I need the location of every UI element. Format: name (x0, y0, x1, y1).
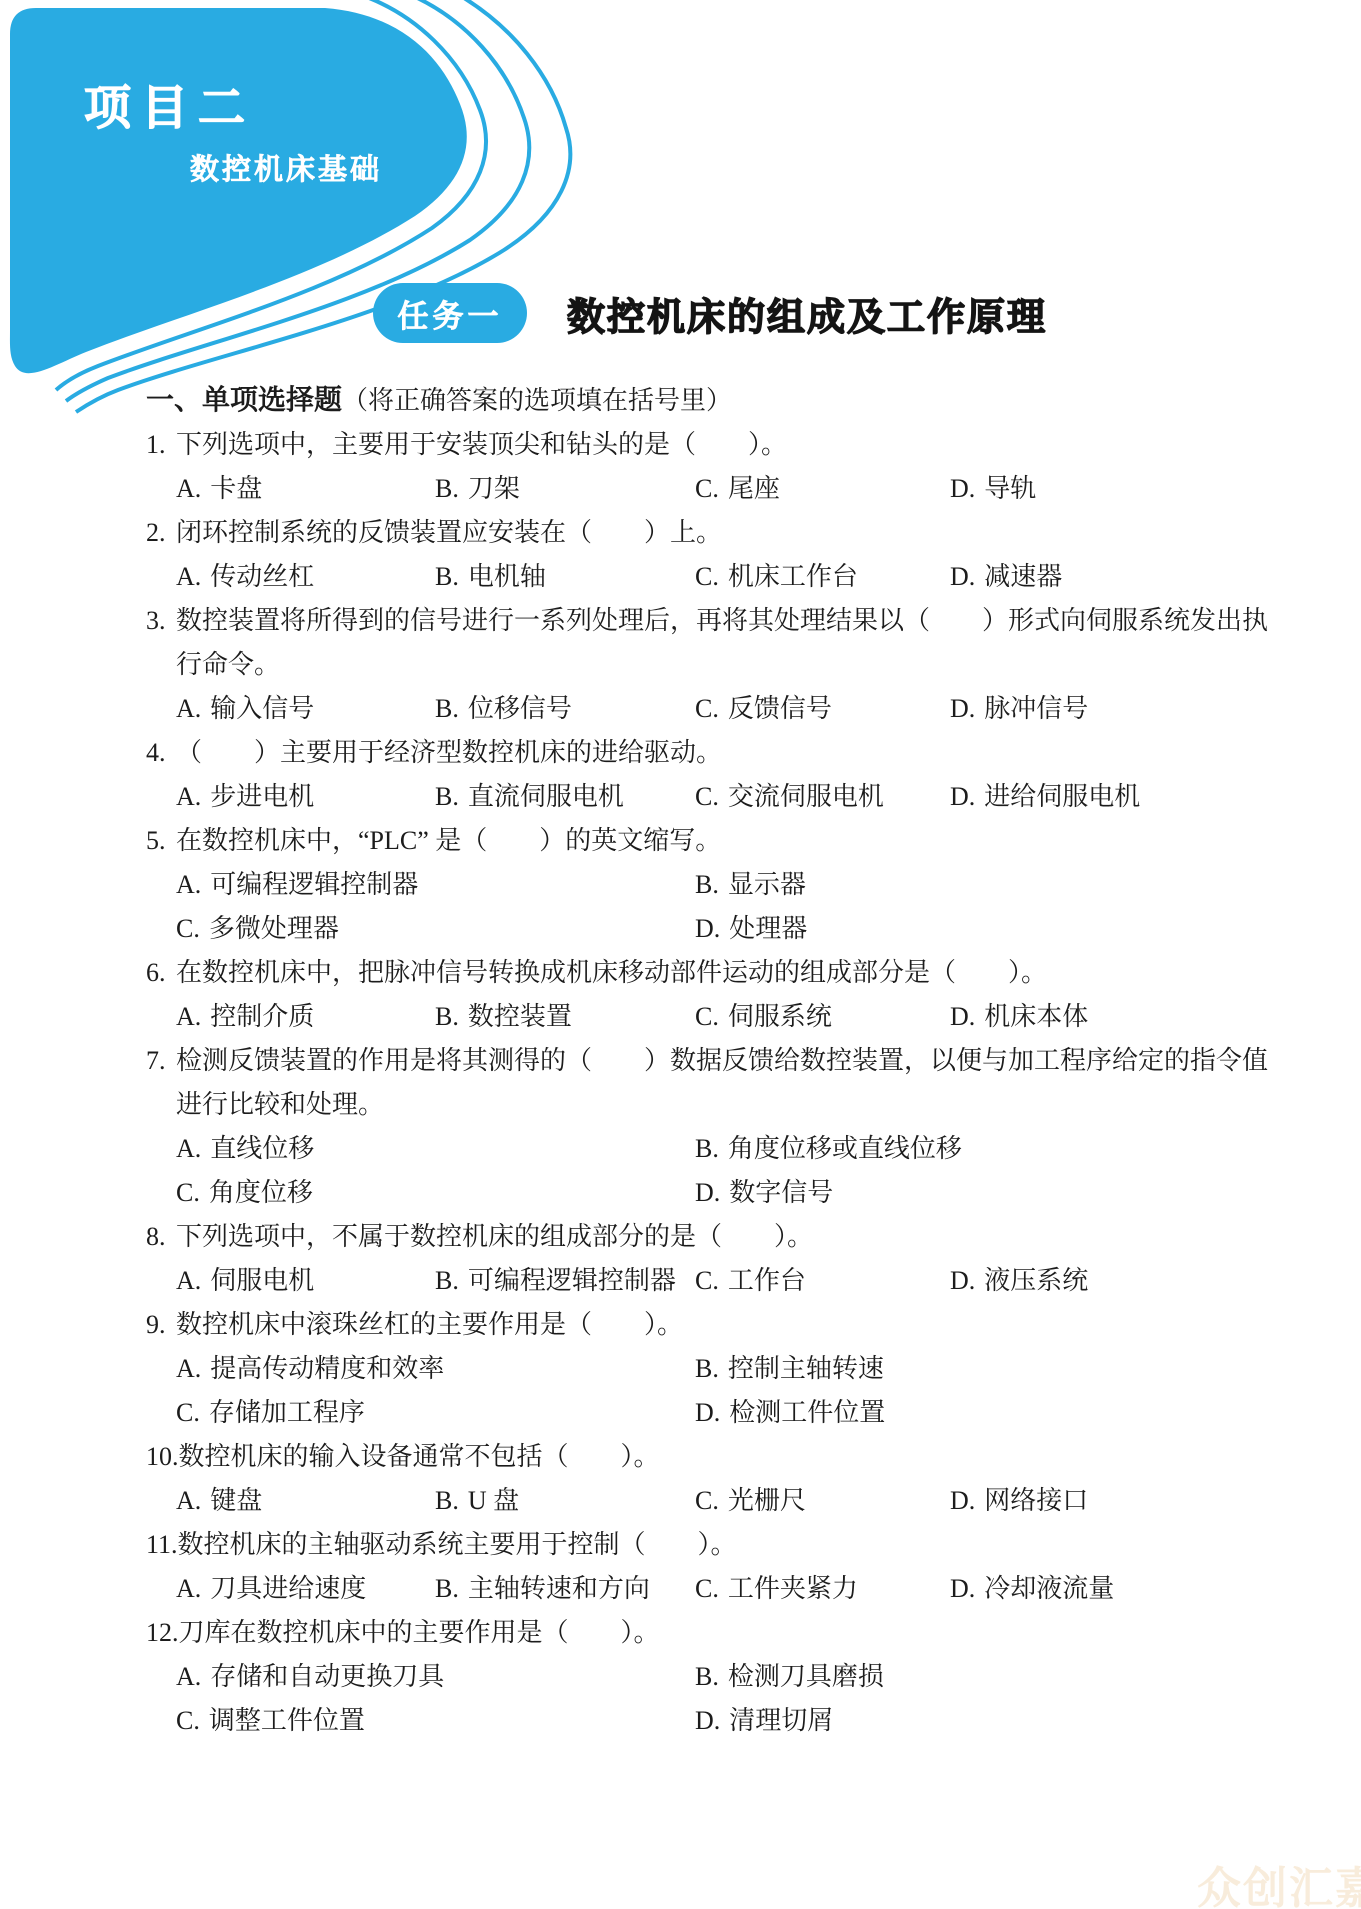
option-text: 传动丝杠 (210, 562, 314, 591)
question-row: 2.闭环控制系统的反馈装置应安装在（ ）上。 (146, 511, 1278, 555)
question-row: 1.下列选项中，主要用于安装顶尖和钻头的是（ ）。 (146, 423, 1278, 467)
option-letter: A. (176, 1266, 201, 1295)
option-text: 键盘 (210, 1486, 262, 1515)
option-letter: C. (695, 474, 719, 503)
option-text: 角度位移或直线位移 (728, 1134, 962, 1163)
option-text: 伺服电机 (210, 1266, 314, 1295)
option-text: 进给伺服电机 (984, 782, 1140, 811)
option-letter: D. (695, 1398, 720, 1427)
section-heading-note: （将正确答案的选项填在括号里） (342, 386, 732, 415)
question-number: 7. (146, 1039, 176, 1083)
question-text: 数控机床的主轴驱动系统主要用于控制（ ）。 (178, 1523, 737, 1567)
option-text: 提高传动精度和效率 (210, 1354, 444, 1383)
option-letter: C. (695, 694, 719, 723)
option-text: 多微处理器 (209, 914, 339, 943)
option-letter: A. (176, 870, 201, 899)
option-text: 伺服系统 (728, 1002, 832, 1031)
option-text: 液压系统 (984, 1266, 1088, 1295)
options-row: A.提高传动精度和效率B.控制主轴转速 (146, 1347, 1278, 1391)
options-row: A.直线位移B.角度位移或直线位移 (146, 1127, 1278, 1171)
options-row: A.输入信号B.位移信号C.反馈信号D.脉冲信号 (146, 687, 1278, 731)
option: B.刀架 (435, 467, 695, 511)
option: A.刀具进给速度 (176, 1567, 435, 1611)
option-letter: D. (695, 1706, 720, 1735)
option-text: 刀具进给速度 (210, 1574, 366, 1603)
option: A.伺服电机 (176, 1259, 435, 1303)
option-letter: A. (176, 1662, 201, 1691)
option-letter: C. (176, 1398, 200, 1427)
option-text: 反馈信号 (728, 694, 832, 723)
question-number: 3. (146, 599, 176, 643)
option: B.主轴转速和方向 (435, 1567, 695, 1611)
option-text: 输入信号 (210, 694, 314, 723)
option-text: 存储和自动更换刀具 (210, 1662, 444, 1691)
option: A.卡盘 (176, 467, 435, 511)
option-letter: D. (950, 1266, 975, 1295)
question-text: 下列选项中，不属于数控机床的组成部分的是（ ）。 (176, 1215, 813, 1259)
question-number: 2. (146, 511, 176, 555)
option-text: 检测刀具磨损 (728, 1662, 884, 1691)
question-text: 数控机床的输入设备通常不包括（ ）。 (179, 1435, 660, 1479)
option-letter: D. (950, 562, 975, 591)
option-text: 直流伺服电机 (468, 782, 624, 811)
question-text: 检测反馈装置的作用是将其测得的（ ）数据反馈给数控装置，以便与加工程序给定的指令… (176, 1039, 1271, 1127)
option-text: 脉冲信号 (984, 694, 1088, 723)
option: D.减速器 (950, 555, 1278, 599)
option-text: 数字信号 (729, 1178, 833, 1207)
option-letter: C. (695, 782, 719, 811)
option-text: 显示器 (728, 870, 806, 899)
watermark: 众创汇嘉 (1197, 1852, 1361, 1909)
option: B.位移信号 (435, 687, 695, 731)
question-row: 8.下列选项中，不属于数控机床的组成部分的是（ ）。 (146, 1215, 1278, 1259)
option: A.存储和自动更换刀具 (176, 1655, 695, 1699)
question-row: 5.在数控机床中，“PLC” 是（ ）的英文缩写。 (146, 819, 1278, 863)
option: D.脉冲信号 (950, 687, 1278, 731)
option-text: 网络接口 (984, 1486, 1088, 1515)
option: A.传动丝杠 (176, 555, 435, 599)
option: C.机床工作台 (695, 555, 950, 599)
option-letter: B. (435, 782, 459, 811)
option: C.存储加工程序 (176, 1391, 695, 1435)
option: D.处理器 (695, 907, 1278, 951)
question-text: 数控装置将所得到的信号进行一系列处理后，再将其处理结果以（ ）形式向伺服系统发出… (176, 599, 1271, 687)
option-text: 刀架 (468, 474, 520, 503)
question-text: 在数控机床中，“PLC” 是（ ）的英文缩写。 (176, 819, 721, 863)
question-text: 闭环控制系统的反馈装置应安装在（ ）上。 (176, 511, 722, 555)
option-letter: A. (176, 1134, 201, 1163)
project-label: 项目二 (84, 82, 255, 134)
question-number: 11. (146, 1523, 178, 1567)
option: A.直线位移 (176, 1127, 695, 1171)
option-letter: B. (695, 1662, 719, 1691)
option-text: 交流伺服电机 (728, 782, 884, 811)
option: C.多微处理器 (176, 907, 695, 951)
option-letter: A. (176, 694, 201, 723)
option: C.反馈信号 (695, 687, 950, 731)
question-row: 6.在数控机床中，把脉冲信号转换成机床移动部件运动的组成部分是（ ）。 (146, 951, 1278, 995)
option: D.清理切屑 (695, 1699, 1278, 1743)
option: B.U 盘 (435, 1479, 695, 1523)
option-letter: D. (950, 782, 975, 811)
question-text: 下列选项中，主要用于安装顶尖和钻头的是（ ）。 (176, 423, 787, 467)
option: D.导轨 (950, 467, 1278, 511)
question-number: 10. (146, 1435, 179, 1479)
question-row: 10.数控机床的输入设备通常不包括（ ）。 (146, 1435, 1278, 1479)
option-letter: A. (176, 1574, 201, 1603)
task-badge: 任务一 (373, 283, 527, 343)
option-text: 电机轴 (468, 562, 546, 591)
option-text: 减速器 (984, 562, 1062, 591)
option-letter: A. (176, 1002, 201, 1031)
option-text: 工件夹紧力 (728, 1574, 858, 1603)
option: A.控制介质 (176, 995, 435, 1039)
option-text: 可编程逻辑控制器 (210, 870, 418, 899)
questions: 1.下列选项中，主要用于安装顶尖和钻头的是（ ）。A.卡盘B.刀架C.尾座D.导… (146, 423, 1278, 1743)
question-number: 12. (146, 1611, 179, 1655)
option-text: 数控装置 (468, 1002, 572, 1031)
options-row: A.卡盘B.刀架C.尾座D.导轨 (146, 467, 1278, 511)
option: C.光栅尺 (695, 1479, 950, 1523)
option-letter: B. (435, 694, 459, 723)
task-heading: 任务一 数控机床的组成及工作原理 (373, 283, 1047, 343)
option: C.工作台 (695, 1259, 950, 1303)
options-row: C.存储加工程序D.检测工件位置 (146, 1391, 1278, 1435)
option-letter: C. (176, 1706, 200, 1735)
question-number: 6. (146, 951, 176, 995)
option-letter: A. (176, 782, 201, 811)
option: B.检测刀具磨损 (695, 1655, 1278, 1699)
option: C.交流伺服电机 (695, 775, 950, 819)
option-text: 主轴转速和方向 (468, 1574, 650, 1603)
option-letter: A. (176, 562, 201, 591)
option: A.提高传动精度和效率 (176, 1347, 695, 1391)
option-letter: D. (695, 1178, 720, 1207)
option-letter: C. (695, 1266, 719, 1295)
option-text: 角度位移 (209, 1178, 313, 1207)
option: B.电机轴 (435, 555, 695, 599)
option-letter: C. (176, 914, 200, 943)
option: D.数字信号 (695, 1171, 1278, 1215)
option-letter: B. (435, 1574, 459, 1603)
option-letter: B. (435, 1266, 459, 1295)
question-number: 5. (146, 819, 176, 863)
options-row: A.传动丝杠B.电机轴C.机床工作台D.减速器 (146, 555, 1278, 599)
option-letter: A. (176, 1354, 201, 1383)
option-text: 检测工件位置 (729, 1398, 885, 1427)
option: C.工件夹紧力 (695, 1567, 950, 1611)
page: { "colors": { "accent": "#29abe2", "body… (0, 0, 1361, 1909)
option-letter: A. (176, 1486, 201, 1515)
question-row: 7.检测反馈装置的作用是将其测得的（ ）数据反馈给数控装置，以便与加工程序给定的… (146, 1039, 1278, 1127)
project-subtitle: 数控机床基础 (190, 155, 382, 187)
option-letter: B. (695, 1134, 719, 1163)
options-row: A.步进电机B.直流伺服电机C.交流伺服电机D.进给伺服电机 (146, 775, 1278, 819)
question-text: （ ）主要用于经济型数控机床的进给驱动。 (176, 731, 722, 775)
option-letter: D. (950, 1002, 975, 1031)
option-letter: B. (435, 474, 459, 503)
option: D.进给伺服电机 (950, 775, 1278, 819)
option-text: 调整工件位置 (209, 1706, 365, 1735)
option-text: 光栅尺 (728, 1486, 806, 1515)
option-text: 步进电机 (210, 782, 314, 811)
question-row: 9.数控机床中滚珠丝杠的主要作用是（ ）。 (146, 1303, 1278, 1347)
option: D.检测工件位置 (695, 1391, 1278, 1435)
options-row: C.角度位移D.数字信号 (146, 1171, 1278, 1215)
options-row: C.调整工件位置D.清理切屑 (146, 1699, 1278, 1743)
option-text: 控制介质 (210, 1002, 314, 1031)
option-text: 冷却液流量 (984, 1574, 1114, 1603)
option-letter: B. (695, 1354, 719, 1383)
option: B.数控装置 (435, 995, 695, 1039)
option: B.角度位移或直线位移 (695, 1127, 1278, 1171)
question-text: 刀库在数控机床中的主要作用是（ ）。 (179, 1611, 660, 1655)
question-number: 4. (146, 731, 176, 775)
options-row: C.多微处理器D.处理器 (146, 907, 1278, 951)
option-text: 机床本体 (984, 1002, 1088, 1031)
option: A.键盘 (176, 1479, 435, 1523)
option-text: 导轨 (984, 474, 1036, 503)
question-text: 在数控机床中，把脉冲信号转换成机床移动部件运动的组成部分是（ ）。 (176, 951, 1047, 995)
option-letter: C. (176, 1178, 200, 1207)
question-number: 9. (146, 1303, 176, 1347)
question-row: 12.刀库在数控机床中的主要作用是（ ）。 (146, 1611, 1278, 1655)
option-text: 存储加工程序 (209, 1398, 365, 1427)
option-text: 尾座 (728, 474, 780, 503)
option-text: 直线位移 (210, 1134, 314, 1163)
section-heading: 一、单项选择题（将正确答案的选项填在括号里） (146, 378, 1278, 423)
option: C.调整工件位置 (176, 1699, 695, 1743)
option: A.步进电机 (176, 775, 435, 819)
option-letter: D. (950, 1486, 975, 1515)
option-letter: D. (695, 914, 720, 943)
option-text: 机床工作台 (728, 562, 858, 591)
question-number: 1. (146, 423, 176, 467)
option: C.角度位移 (176, 1171, 695, 1215)
option-letter: D. (950, 474, 975, 503)
option-letter: B. (435, 1002, 459, 1031)
question-text: 数控机床中滚珠丝杠的主要作用是（ ）。 (176, 1303, 683, 1347)
option-text: 位移信号 (468, 694, 572, 723)
option-text: U 盘 (468, 1486, 519, 1515)
option-letter: A. (176, 474, 201, 503)
option: A.可编程逻辑控制器 (176, 863, 695, 907)
option-letter: C. (695, 1574, 719, 1603)
option-letter: B. (435, 1486, 459, 1515)
option-text: 卡盘 (210, 474, 262, 503)
option: A.输入信号 (176, 687, 435, 731)
options-row: A.键盘B.U 盘C.光栅尺D.网络接口 (146, 1479, 1278, 1523)
option: D.冷却液流量 (950, 1567, 1278, 1611)
question-number: 8. (146, 1215, 176, 1259)
option: B.可编程逻辑控制器 (435, 1259, 695, 1303)
option-letter: D. (950, 694, 975, 723)
options-row: A.可编程逻辑控制器B.显示器 (146, 863, 1278, 907)
option: B.控制主轴转速 (695, 1347, 1278, 1391)
option-text: 清理切屑 (729, 1706, 833, 1735)
option-letter: C. (695, 1486, 719, 1515)
options-row: A.存储和自动更换刀具B.检测刀具磨损 (146, 1655, 1278, 1699)
content: 一、单项选择题（将正确答案的选项填在括号里） 1.下列选项中，主要用于安装顶尖和… (146, 378, 1278, 1743)
option: D.液压系统 (950, 1259, 1278, 1303)
option-text: 处理器 (729, 914, 807, 943)
task-title: 数控机床的组成及工作原理 (567, 286, 1047, 341)
option: D.网络接口 (950, 1479, 1278, 1523)
option: B.直流伺服电机 (435, 775, 695, 819)
option: D.机床本体 (950, 995, 1278, 1039)
option: B.显示器 (695, 863, 1278, 907)
option-text: 可编程逻辑控制器 (468, 1266, 676, 1295)
option: C.伺服系统 (695, 995, 950, 1039)
option-text: 控制主轴转速 (728, 1354, 884, 1383)
options-row: A.刀具进给速度B.主轴转速和方向C.工件夹紧力D.冷却液流量 (146, 1567, 1278, 1611)
option-letter: C. (695, 1002, 719, 1031)
question-row: 4.（ ）主要用于经济型数控机床的进给驱动。 (146, 731, 1278, 775)
option-letter: B. (435, 562, 459, 591)
option-text: 工作台 (728, 1266, 806, 1295)
question-row: 11.数控机床的主轴驱动系统主要用于控制（ ）。 (146, 1523, 1278, 1567)
section-heading-label: 一、单项选择题 (146, 384, 342, 415)
option-letter: B. (695, 870, 719, 899)
options-row: A.控制介质B.数控装置C.伺服系统D.机床本体 (146, 995, 1278, 1039)
option-letter: D. (950, 1574, 975, 1603)
options-row: A.伺服电机B.可编程逻辑控制器C.工作台D.液压系统 (146, 1259, 1278, 1303)
option-letter: C. (695, 562, 719, 591)
option: C.尾座 (695, 467, 950, 511)
question-row: 3.数控装置将所得到的信号进行一系列处理后，再将其处理结果以（ ）形式向伺服系统… (146, 599, 1278, 687)
